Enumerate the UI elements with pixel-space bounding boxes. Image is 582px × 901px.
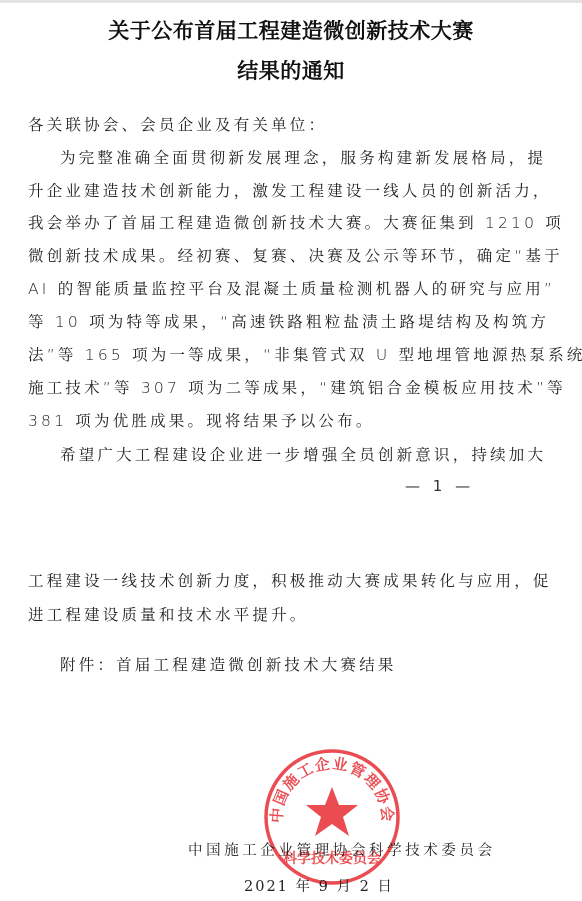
paragraph-1-line: 等 10 项为特等成果，“高速铁路粗粒盐渍土路堤结构及构筑方 [28, 310, 558, 332]
official-seal-icon: 中国施工企业管理协会 科学技术委员会 [262, 747, 402, 887]
page-number: — 1 — [405, 477, 474, 495]
issue-date: 2021 年 9 月 2 日 [244, 875, 394, 896]
document-title-line-2: 结果的通知 [0, 55, 582, 85]
paragraph-1-line: AI 的智能质量监控平台及混凝土质量检测机器人的研究与应用” [28, 277, 558, 299]
paragraph-2-continued-line: 工程建设一线技术创新力度，积极推动大赛成果转化与应用，促 [28, 569, 558, 591]
document-page: 关于公布首届工程建造微创新技术大赛 结果的通知 各关联协会、会员企业及有关单位：… [0, 3, 582, 901]
paragraph-1-line: 施工技术”等 307 项为二等成果，“建筑铝合金模板应用技术”等 [28, 376, 558, 398]
paragraph-1-line: 微创新技术成果。经初赛、复赛、决赛及公示等环节，确定“基于 [28, 244, 558, 266]
salutation: 各关联协会、会员企业及有关单位： [28, 113, 558, 135]
paragraph-2-line: 希望广大工程建设企业进一步增强全员创新意识，持续加大 [60, 443, 582, 465]
paragraph-1-line: 升企业建造技术创新能力，激发工程建设一线人员的创新活力， [28, 179, 558, 201]
paragraph-1-line: 法”等 165 项为一等成果，“非集管式双 U 型地埋管地源热泵系统 [28, 343, 558, 365]
paragraph-1-line: 为完整准确全面贯彻新发展理念，服务构建新发展格局，提 [60, 146, 582, 168]
paragraph-1-line: 我会举办了首届工程建造微创新技术大赛。大赛征集到 1210 项 [28, 211, 558, 233]
issuer-name: 中国施工企业管理协会科学技术委员会 [188, 839, 496, 860]
paragraph-1-line: 381 项为优胜成果。现将结果予以公布。 [28, 409, 558, 431]
document-title-line-1: 关于公布首届工程建造微创新技术大赛 [0, 15, 582, 45]
paragraph-2-continued-line: 进工程建设质量和技术水平提升。 [28, 603, 558, 625]
attachment-note: 附件：首届工程建造微创新技术大赛结果 [60, 653, 582, 675]
